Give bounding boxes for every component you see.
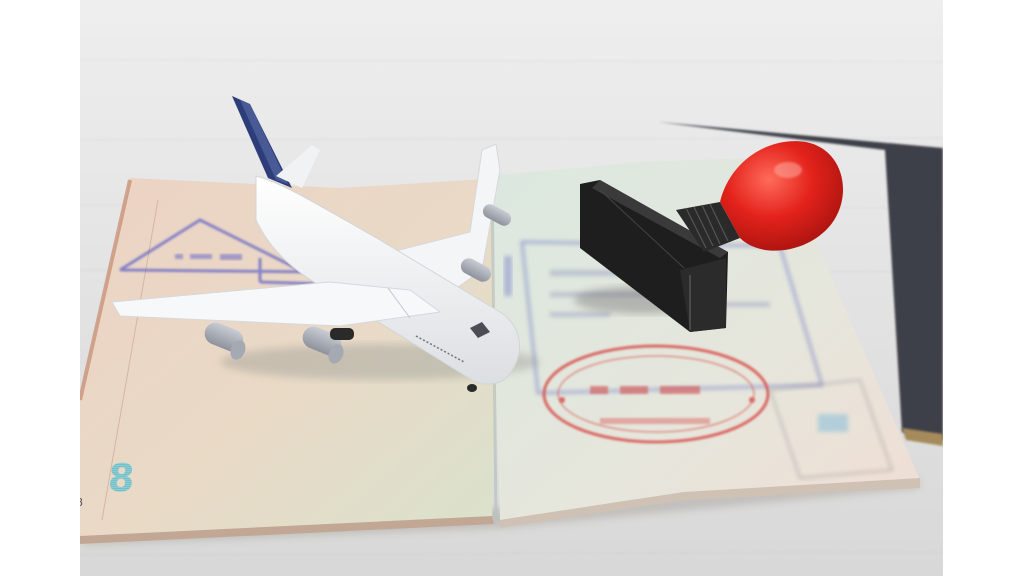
passport-page-number: 8	[106, 456, 136, 500]
photo: 8 8	[80, 0, 943, 576]
passport-margin-number: 8	[80, 496, 83, 509]
travel-scene	[80, 0, 943, 576]
